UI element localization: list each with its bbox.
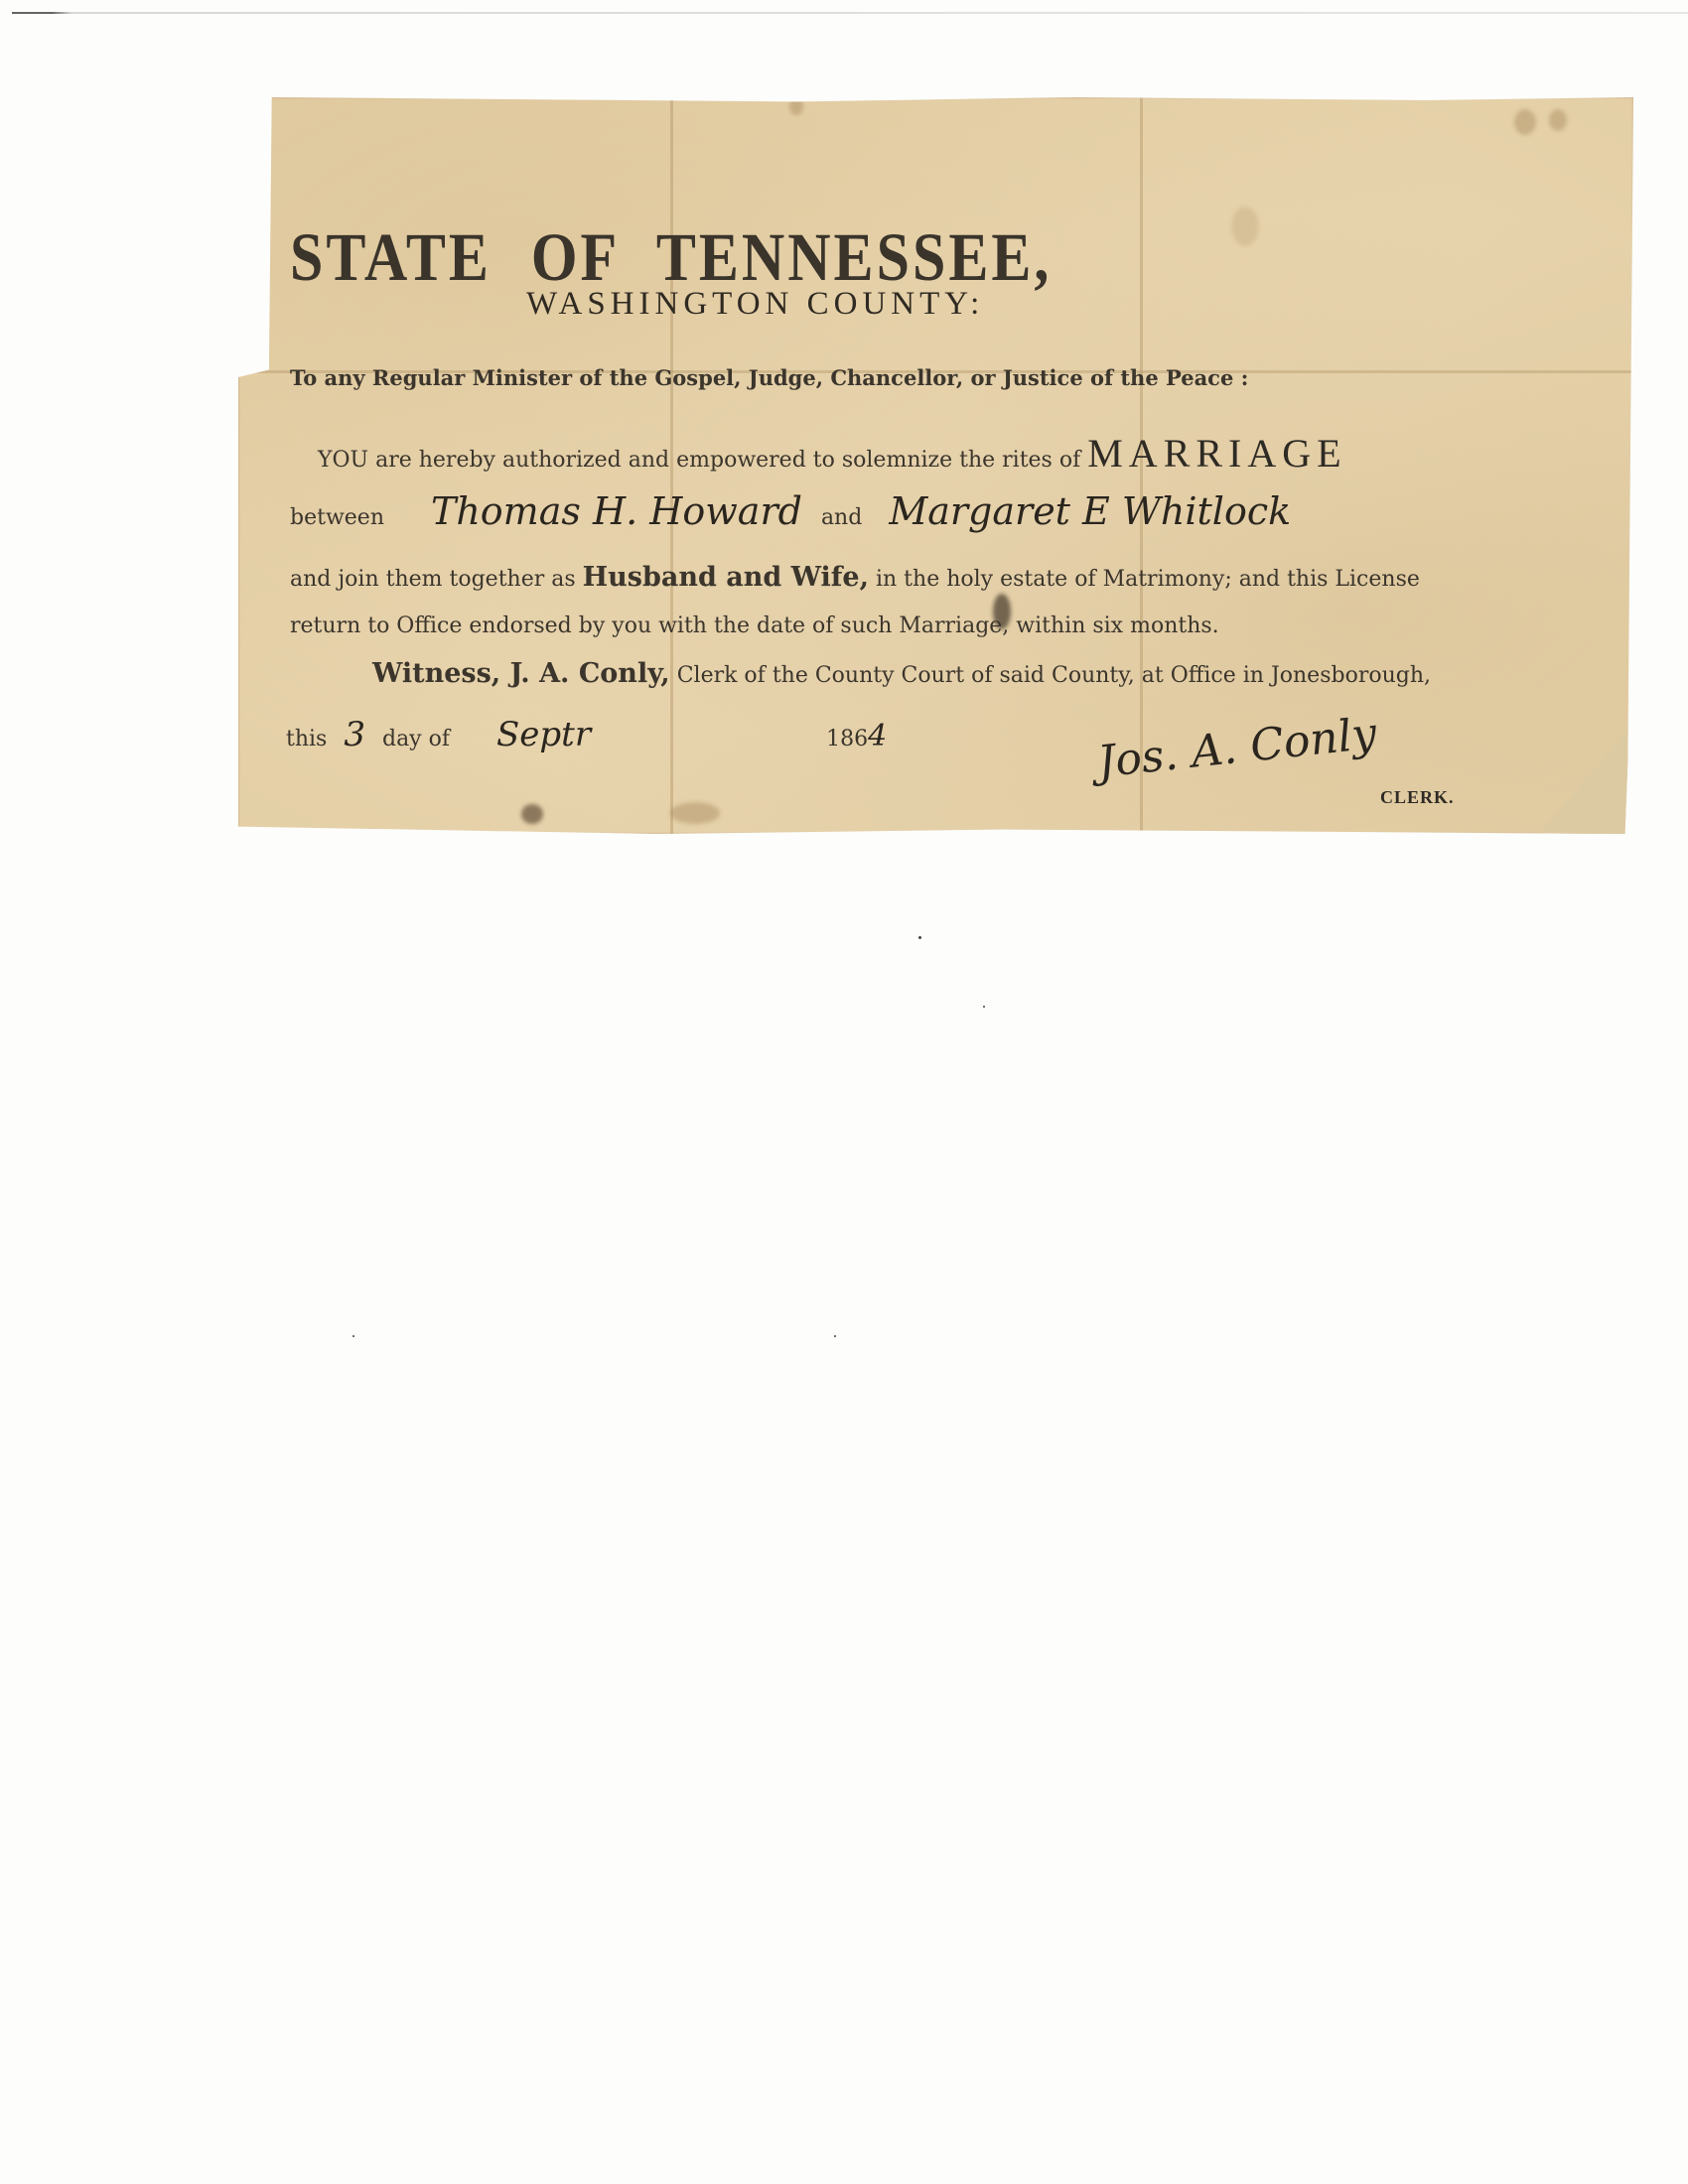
husband-and-wife: Husband and Wife,	[583, 562, 869, 593]
and-label: and	[821, 505, 862, 530]
authorization-line: YOU are hereby authorized and empowered …	[318, 430, 1347, 477]
date-year-printed: 186	[826, 727, 868, 751]
scan-dust	[834, 1335, 836, 1337]
scan-dust	[352, 1335, 354, 1337]
scan-dust	[918, 936, 921, 939]
stain	[521, 804, 543, 824]
date-day: 3	[344, 715, 365, 754]
clerk-signature: Jos. A. Conly	[1095, 708, 1379, 787]
groom-name: Thomas H. Howard	[431, 489, 802, 533]
salutation: To any Regular Minister of the Gospel, J…	[290, 365, 1248, 390]
stain	[789, 97, 803, 115]
stain	[670, 802, 720, 824]
date-year-handwritten: 4	[868, 719, 887, 753]
marriage-license-document: STATE OF TENNESSEE, WASHINGTON COUNTY: T…	[238, 97, 1633, 834]
date-line: this 3 day of Septr 1864	[286, 715, 887, 754]
county-heading: WASHINGTON COUNTY:	[526, 286, 984, 323]
witness-name: Witness, J. A. Conly,	[372, 658, 670, 689]
stain	[1514, 109, 1536, 135]
witness-text: Clerk of the County Court of said County…	[677, 663, 1431, 688]
authorization-text: YOU are hereby authorized and empowered …	[318, 448, 1080, 473]
join-text: and join them together as	[290, 567, 576, 592]
return-line: return to Office endorsed by you with th…	[290, 614, 1219, 638]
marriage-heading: MARRIAGE	[1087, 431, 1346, 476]
clerk-label: CLERK.	[1380, 787, 1455, 808]
scan-dust	[983, 1006, 985, 1008]
bride-name: Margaret E Whitlock	[889, 489, 1291, 533]
date-dayof: day of	[382, 727, 450, 751]
scan-edge-line	[12, 12, 1688, 14]
join-line: and join them together as Husband and Wi…	[290, 562, 1420, 593]
stain	[1231, 206, 1259, 246]
between-label: between	[290, 505, 384, 530]
matrimony-text: in the holy estate of Matrimony; and thi…	[876, 567, 1420, 592]
date-month: Septr	[496, 715, 591, 754]
date-this: this	[286, 727, 327, 751]
folded-corner	[1539, 724, 1633, 834]
parties-line: between Thomas H. Howard and Margaret E …	[290, 489, 1291, 533]
witness-line: Witness, J. A. Conly, Clerk of the Count…	[372, 658, 1431, 689]
stain	[1549, 109, 1567, 131]
